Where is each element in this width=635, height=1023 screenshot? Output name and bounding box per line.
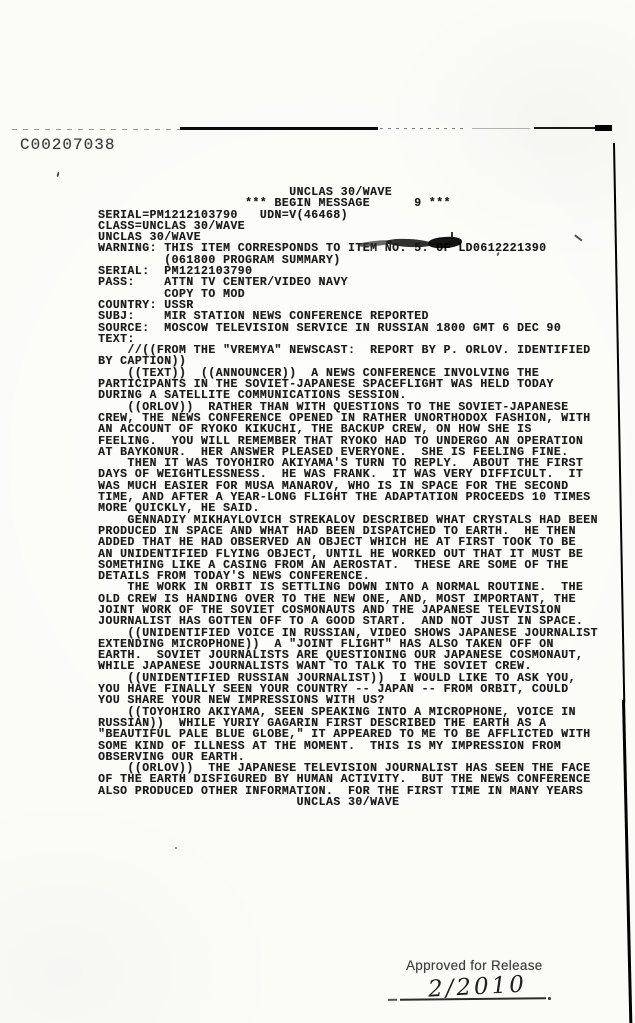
page-edge-scan-line — [622, 700, 632, 1023]
page-edge-scan-line — [613, 143, 625, 703]
message-header-text: UNCLAS 30/WAVE *** BEGIN MESSAGE 9 *** S… — [98, 187, 598, 345]
torn-edge-rule — [12, 129, 180, 130]
message-text-block: UNCLAS 30/WAVE *** BEGIN MESSAGE 9 *** S… — [98, 187, 598, 808]
document-id-stamp: C00207038 — [20, 136, 115, 154]
scan-speck — [56, 172, 59, 177]
approval-stamp: Approved for Release 2/2010 — [398, 958, 568, 1000]
ink-smudge — [358, 236, 468, 252]
torn-edge-rule — [180, 127, 378, 130]
message-body-text: //((FROM THE "VREMYA" NEWSCAST: REPORT B… — [98, 345, 598, 808]
torn-edge-rule — [472, 128, 530, 129]
scanned-document-page: C00207038 UNCLAS 30/WAVE *** BEGIN MESSA… — [0, 0, 635, 1023]
scan-speck — [548, 997, 551, 1000]
torn-edge-rule — [595, 125, 612, 131]
scan-speck — [175, 847, 177, 849]
torn-edge-rule — [380, 128, 468, 129]
